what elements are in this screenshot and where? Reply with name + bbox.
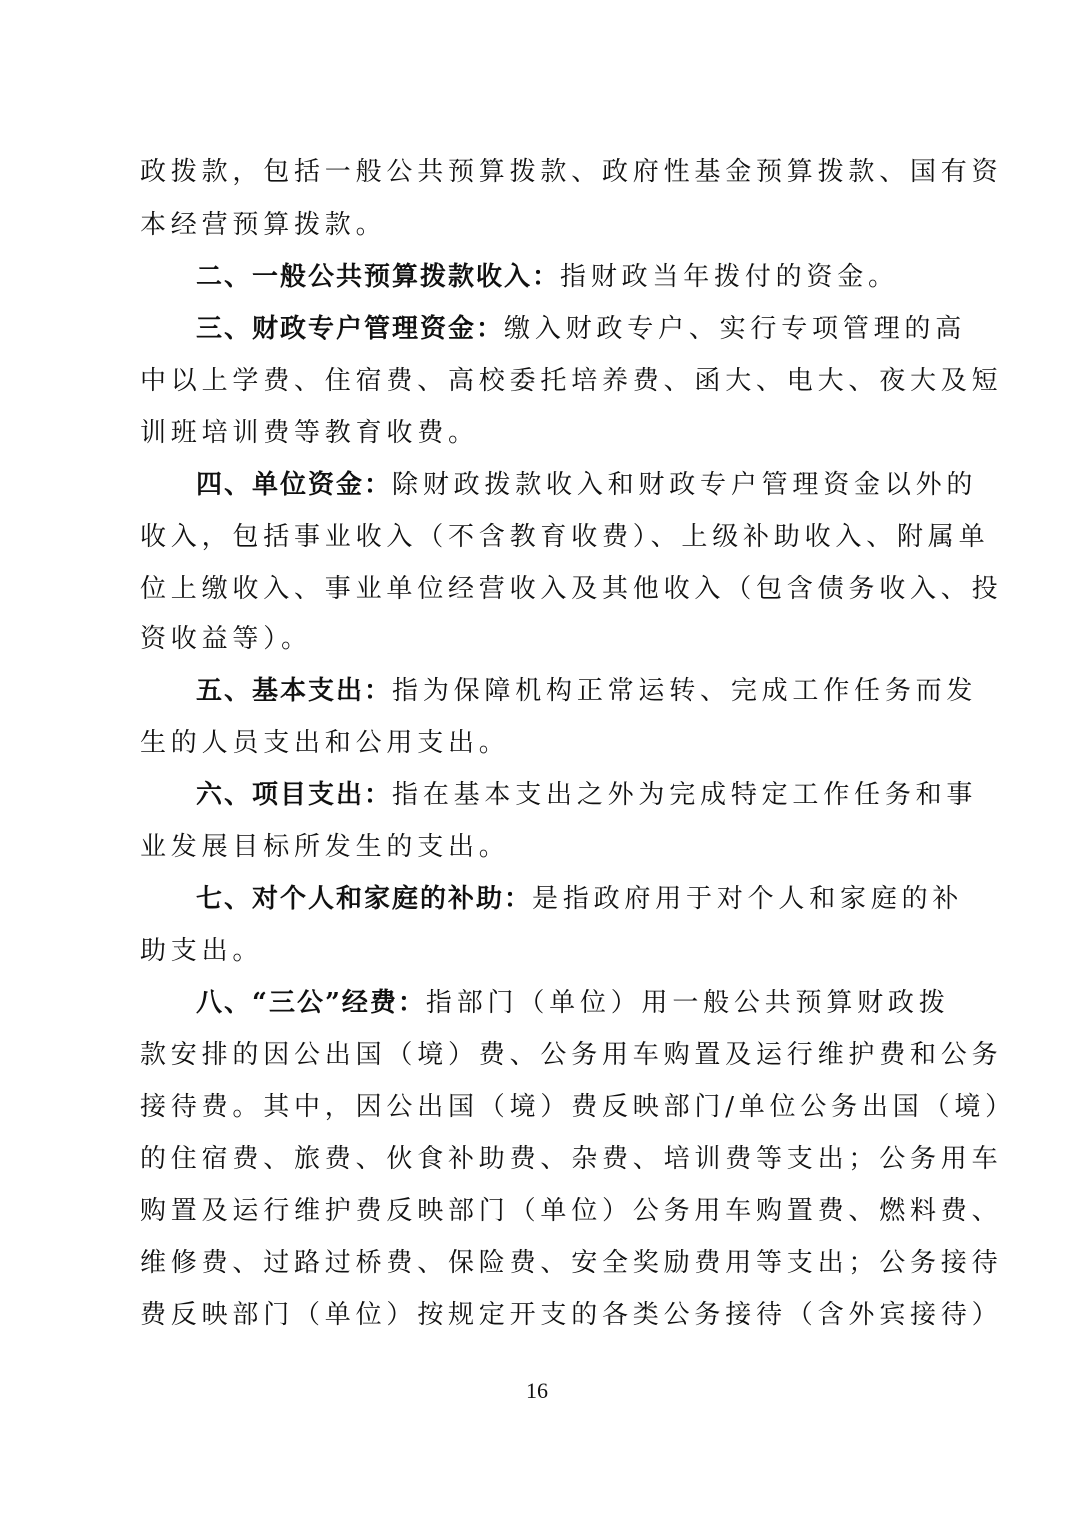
definition-text: 指为保障机构正常运转、完成工作任务而发 [392, 676, 977, 706]
definition-text: 指部门（单位）用一般公共预算财政拨 [426, 988, 950, 1018]
paragraph-line: 本经营预算拨款。 [140, 210, 936, 240]
definition-heading: 三、财政专户管理资金： [196, 314, 504, 344]
definition-heading: 六、项目支出： [196, 780, 392, 810]
paragraph-line: 费反映部门（单位）按规定开支的各类公务接待（含外宾接待） [140, 1300, 936, 1330]
definition-8: 八、“三公”经费：指部门（单位）用一般公共预算财政拨 [196, 988, 936, 1018]
paragraph-line: 训班培训费等教育收费。 [140, 418, 936, 448]
page-number: 16 [0, 1378, 1074, 1404]
definition-heading: 八、“三公”经费： [196, 988, 426, 1018]
definition-heading: 二、一般公共预算拨款收入： [196, 262, 560, 292]
definition-heading: 五、基本支出： [196, 676, 392, 706]
paragraph-line: 的住宿费、旅费、伙食补助费、杂费、培训费等支出；公务用车 [140, 1144, 936, 1174]
paragraph-line: 生的人员支出和公用支出。 [140, 728, 936, 758]
document-page: 政拨款，包括一般公共预算拨款、政府性基金预算拨款、国有资 本经营预算拨款。 二、… [0, 0, 1074, 1520]
paragraph-line: 助支出。 [140, 936, 936, 966]
definition-2: 二、一般公共预算拨款收入：指财政当年拨付的资金。 [196, 262, 936, 292]
paragraph-line: 政拨款，包括一般公共预算拨款、政府性基金预算拨款、国有资 [140, 157, 936, 187]
paragraph-line: 款安排的因公出国（境）费、公务用车购置及运行维护费和公务 [140, 1040, 936, 1070]
paragraph-line: 业发展目标所发生的支出。 [140, 832, 936, 862]
definition-4: 四、单位资金：除财政拨款收入和财政专户管理资金以外的 [196, 470, 936, 500]
definition-text: 缴入财政专户、实行专项管理的高 [504, 314, 966, 344]
paragraph-line: 购置及运行维护费反映部门（单位）公务用车购置费、燃料费、 [140, 1196, 936, 1226]
definition-text: 是指政府用于对个人和家庭的补 [532, 884, 963, 914]
paragraph-line: 接待费。其中，因公出国（境）费反映部门/单位公务出国（境） [140, 1092, 936, 1122]
definition-3: 三、财政专户管理资金：缴入财政专户、实行专项管理的高 [196, 314, 936, 344]
definition-5: 五、基本支出：指为保障机构正常运转、完成工作任务而发 [196, 676, 936, 706]
paragraph-line: 中以上学费、住宿费、高校委托培养费、函大、电大、夜大及短 [140, 366, 936, 396]
definition-heading: 七、对个人和家庭的补助： [196, 884, 532, 914]
paragraph-line: 收入，包括事业收入（不含教育收费）、上级补助收入、附属单 [140, 522, 936, 552]
definition-6: 六、项目支出：指在基本支出之外为完成特定工作任务和事 [196, 780, 936, 810]
definition-7: 七、对个人和家庭的补助：是指政府用于对个人和家庭的补 [196, 884, 936, 914]
paragraph-line: 位上缴收入、事业单位经营收入及其他收入（包含债务收入、投 [140, 574, 936, 604]
definition-text: 指财政当年拨付的资金。 [560, 262, 899, 292]
paragraph-line: 资收益等）。 [140, 624, 936, 654]
paragraph-line: 维修费、过路过桥费、保险费、安全奖励费用等支出；公务接待 [140, 1248, 936, 1278]
definition-heading: 四、单位资金： [196, 470, 392, 500]
definition-text: 除财政拨款收入和财政专户管理资金以外的 [392, 470, 977, 500]
definition-text: 指在基本支出之外为完成特定工作任务和事 [392, 780, 977, 810]
